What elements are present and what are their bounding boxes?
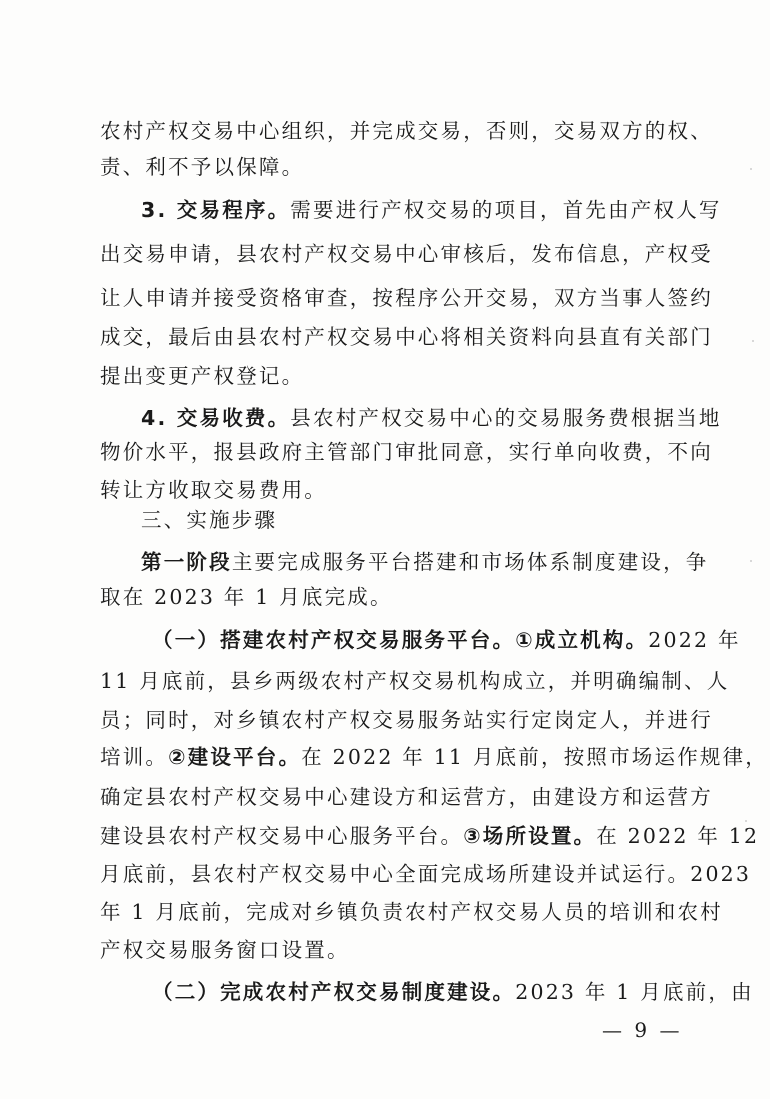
chapter-heading: 三、实施步骤 — [141, 506, 731, 534]
text-line: 年 1 月底前，完成对乡镇负责农村产权交易人员的培训和农村 — [100, 898, 690, 926]
subsection-heading: （二）完成农村产权交易制度建设。 — [152, 980, 515, 1004]
text-run: 取在 2023 年 1 月底完成。 — [100, 585, 393, 609]
text-run: 让人申请并接受资格审查，按程序公开交易，双方当事人签约 — [100, 286, 713, 310]
section-4-heading-line: 4. 交易收费。县农村产权交易中心的交易服务费根据当地 — [141, 404, 731, 432]
text-run: 年 1 月底前，完成对乡镇负责农村产权交易人员的培训和农村 — [100, 900, 723, 924]
scan-speck — [750, 168, 752, 170]
text-run: 月底前，县农村产权交易中心全面完成场所建设并试运行。2023 — [100, 862, 751, 886]
text-run: 三、实施步骤 — [141, 508, 277, 532]
text-line: 取在 2023 年 1 月底完成。 — [100, 583, 690, 611]
scan-speck — [745, 820, 747, 822]
subsection-2-heading-line: （二）完成农村产权交易制度建设。2023 年 1 月底前，由 — [152, 978, 742, 1006]
text-run: 在 2022 年 11 月底前，按照市场运作规律， — [301, 745, 768, 769]
text-line: 成交，最后由县农村产权交易中心将相关资料向县直有关部门 — [100, 323, 690, 351]
text-run: 建设县农村产权交易中心服务平台。 — [100, 824, 463, 848]
text-run: 物价水平，报县政府主管部门审批同意，实行单向收费，不向 — [100, 440, 713, 464]
item-heading: ②建设平台。 — [168, 745, 301, 769]
text-run: 需要进行产权交易的项目，首先由产权人写 — [290, 198, 721, 222]
section-heading: 3. 交易程序。 — [141, 198, 290, 222]
text-run: 出交易申请，县农村产权交易中心审核后，发布信息，产权受 — [100, 242, 713, 266]
text-run: 产权交易服务窗口设置。 — [100, 938, 350, 962]
stage-heading-line: 第一阶段主要完成服务平台搭建和市场体系制度建设，争 — [141, 548, 731, 576]
text-run: 主要完成服务平台搭建和市场体系制度建设，争 — [232, 550, 709, 574]
text-line: 11 月底前，县乡两级农村产权交易机构成立，并明确编制、人 — [100, 667, 690, 695]
stage-label: 第一阶段 — [141, 550, 232, 574]
text-run: 员；同时，对乡镇农村产权交易服务站实行定岗定人，并进行 — [100, 708, 713, 732]
text-line: 农村产权交易中心组织，并完成交易，否则，交易双方的权、 — [100, 117, 690, 145]
text-run: 县农村产权交易中心的交易服务费根据当地 — [290, 406, 721, 430]
text-line: 物价水平，报县政府主管部门审批同意，实行单向收费，不向 — [100, 438, 690, 466]
text-run: 提出变更产权登记。 — [100, 364, 304, 388]
subsection-heading: （一）搭建农村产权交易服务平台。①成立机构。 — [152, 628, 648, 652]
text-line: 员；同时，对乡镇农村产权交易服务站实行定岗定人，并进行 — [100, 706, 690, 734]
text-run: 责、利不予以保障。 — [100, 155, 304, 179]
text-run: 2022 年 — [648, 628, 740, 652]
subsection-1-heading-line: （一）搭建农村产权交易服务平台。①成立机构。2022 年 — [152, 626, 742, 654]
text-line: 让人申请并接受资格审查，按程序公开交易，双方当事人签约 — [100, 284, 690, 312]
text-run: 农村产权交易中心组织，并完成交易，否则，交易双方的权、 — [100, 119, 713, 143]
item-heading: ③场所设置。 — [463, 824, 596, 848]
text-line: 产权交易服务窗口设置。 — [100, 936, 690, 964]
page-number: — 9 — — [602, 1018, 682, 1042]
section-3-heading-line: 3. 交易程序。需要进行产权交易的项目，首先由产权人写 — [141, 196, 731, 224]
scan-speck — [750, 560, 752, 562]
text-line: 确定县农村产权交易中心建设方和运营方，由建设方和运营方 — [100, 783, 690, 811]
document-page: 农村产权交易中心组织，并完成交易，否则，交易双方的权、 责、利不予以保障。 3.… — [0, 0, 770, 1099]
text-run: 转让方收取交易费用。 — [100, 478, 327, 502]
text-run: 成交，最后由县农村产权交易中心将相关资料向县直有关部门 — [100, 325, 713, 349]
text-line: 转让方收取交易费用。 — [100, 476, 690, 504]
text-line: 培训。②建设平台。在 2022 年 11 月底前，按照市场运作规律， — [100, 743, 690, 771]
scan-speck — [752, 340, 754, 342]
text-line: 出交易申请，县农村产权交易中心审核后，发布信息，产权受 — [100, 240, 690, 268]
text-line: 提出变更产权登记。 — [100, 362, 690, 390]
text-run: 11 月底前，县乡两级农村产权交易机构成立，并明确编制、人 — [100, 669, 729, 693]
text-run: 在 2022 年 12 — [596, 824, 759, 848]
section-heading: 4. 交易收费。 — [141, 406, 290, 430]
text-line: 责、利不予以保障。 — [100, 153, 690, 181]
text-run: 2023 年 1 月底前，由 — [515, 980, 754, 1004]
text-run: 确定县农村产权交易中心建设方和运营方，由建设方和运营方 — [100, 785, 713, 809]
text-line: 月底前，县农村产权交易中心全面完成场所建设并试运行。2023 — [100, 860, 690, 888]
text-line: 建设县农村产权交易中心服务平台。③场所设置。在 2022 年 12 — [100, 822, 690, 850]
text-run: 培训。 — [100, 745, 168, 769]
